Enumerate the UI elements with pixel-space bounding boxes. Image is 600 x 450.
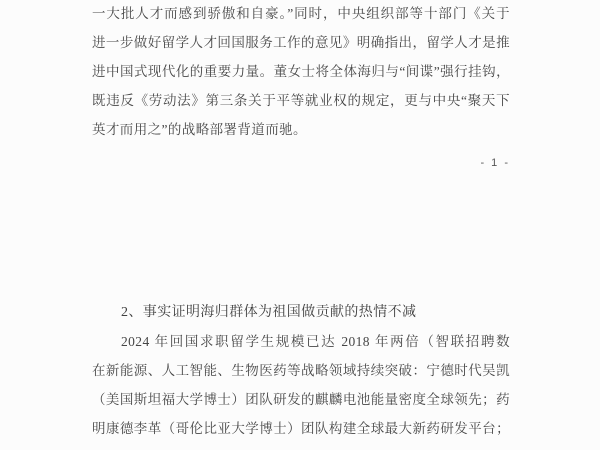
text-line: 英才而用之”的战略部署背道而驰。: [92, 115, 510, 144]
section-heading: 2、事实证明海归群体为祖国做贡献的热情不减: [92, 298, 510, 327]
text-line: 在新能源、人工智能、生物医药等战略领域持续突破：宁德时代吴凯: [92, 356, 510, 385]
text-line: 2024 年回国求职留学生规模已达 2018 年两倍（智联招聘数据），: [92, 327, 510, 356]
text-line: 一大批人才而感到骄傲和自豪。”同时，中央组织部等十部门《关于: [92, 0, 510, 28]
text-line: 进中国式现代化的重要力量。董女士将全体海归与“间谍”强行挂钩，: [92, 57, 510, 86]
page-number: - 1 -: [92, 153, 510, 173]
document-page-1: 一大批人才而感到骄傲和自豪。”同时，中央组织部等十部门《关于 进一步做好留学人才…: [92, 0, 510, 144]
text-line: 明康德李革（哥伦比亚大学博士）团队构建全球最大新药研发平台；: [92, 414, 510, 443]
text-line: 既违反《劳动法》第三条关于平等就业权的规定，更与中央“聚天下: [92, 86, 510, 115]
scanned-document-viewer: 一大批人才而感到骄傲和自豪。”同时，中央组织部等十部门《关于 进一步做好留学人才…: [0, 0, 600, 450]
text-line: 进一步做好留学人才回国服务工作的意见》明确指出，留学人才是推: [92, 28, 510, 57]
document-page-2: 2、事实证明海归群体为祖国做贡献的热情不减 2024 年回国求职留学生规模已达 …: [92, 298, 510, 443]
text-line: （美国斯坦福大学博士）团队研发的麒麟电池能量密度全球领先；药: [92, 385, 510, 414]
